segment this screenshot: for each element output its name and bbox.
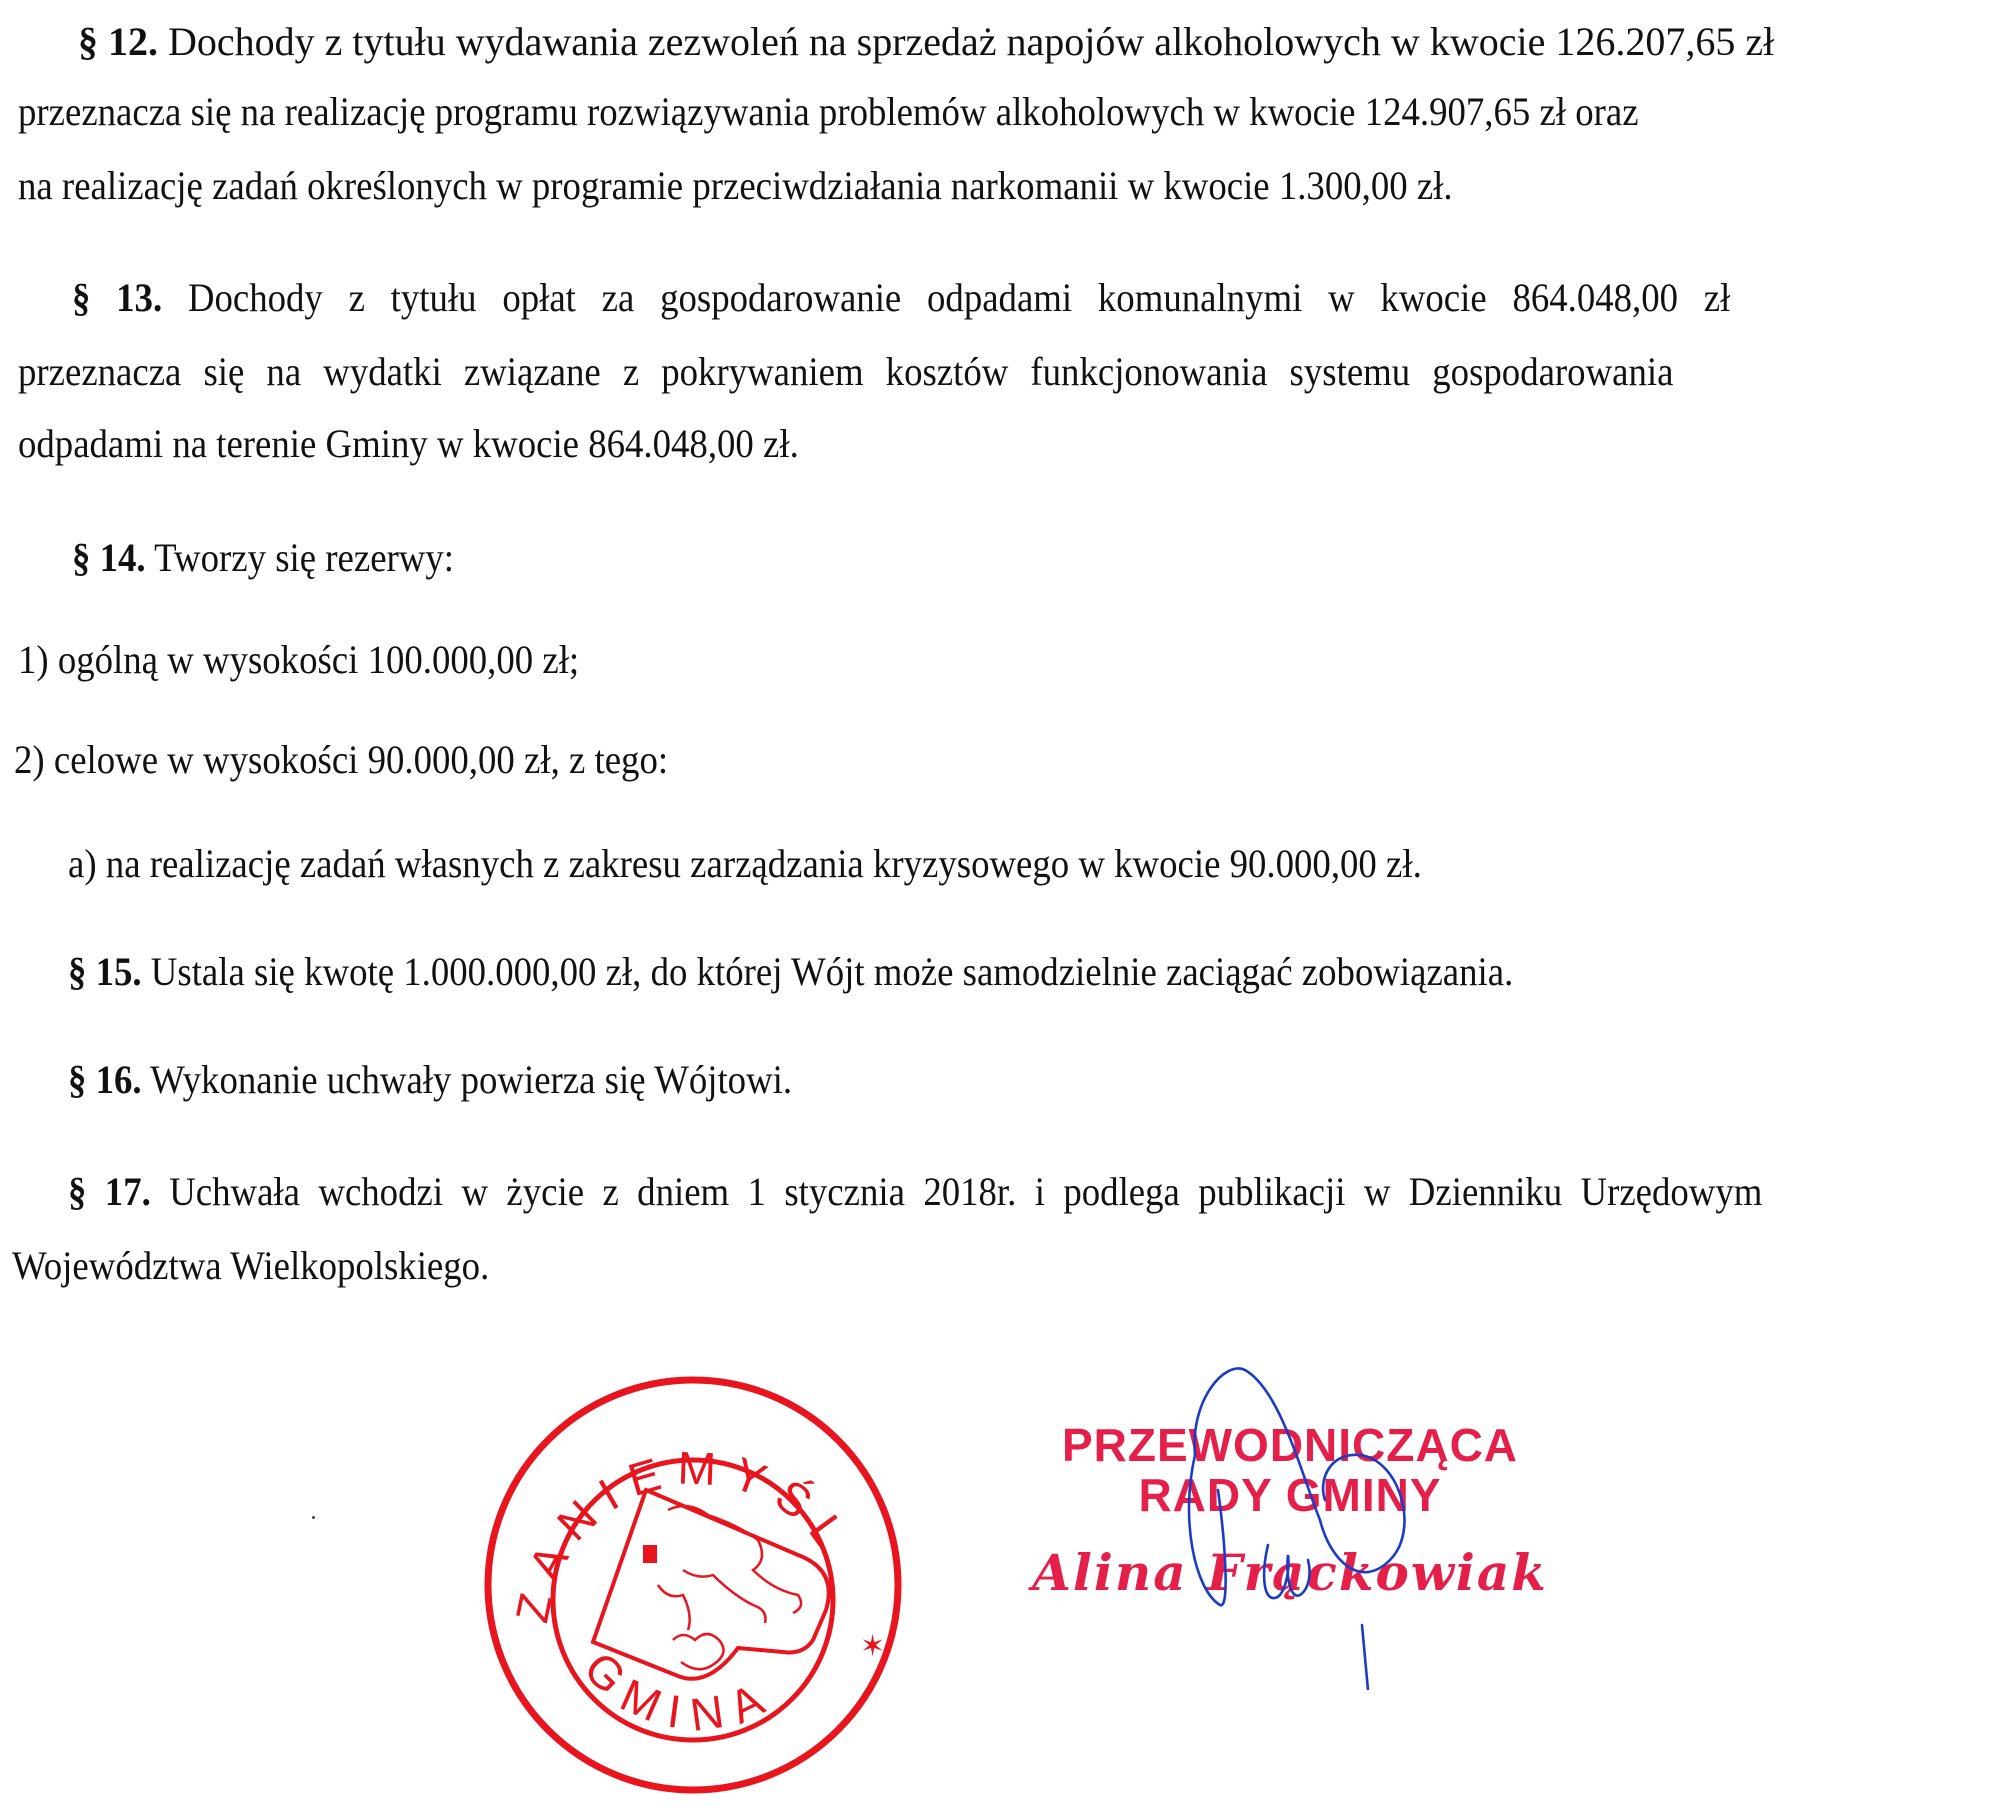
section-text: Tworzy się rezerwy: [154, 535, 454, 580]
section-17-line-1: § 17. Uchwała wchodzi w życie z dniem 1 … [68, 1168, 1762, 1216]
section-number: § 13. [72, 275, 162, 320]
section-text: Wykonanie uchwały powierza się Wójtowi. [150, 1057, 792, 1102]
section-13-line-1: § 13. Dochody z tytułu opłat za gospodar… [72, 274, 1820, 322]
section-12-line-2: przeznacza się na realizację programu ro… [18, 88, 1639, 136]
section-number: § 12. [78, 19, 158, 64]
section-13-line-2: przeznacza się na wydatki związane z pok… [18, 348, 1673, 396]
section-number: § 15. [68, 949, 142, 994]
scan-speck [312, 1516, 315, 1519]
reserve-item-1: 1) ogólną w wysokości 100.000,00 zł; [18, 636, 579, 684]
section-14-heading: § 14. Tworzy się rezerwy: [72, 534, 454, 582]
handwritten-signature [1150, 1360, 1430, 1690]
star-icon: ✶ [860, 1629, 885, 1664]
svg-text:GMINA: GMINA [574, 1642, 784, 1741]
municipal-seal: ZANIEMYŚL GMINA ✶ [478, 1370, 908, 1800]
reserve-subitem-a: a) na realizację zadań własnych z zakres… [68, 840, 1422, 888]
seal-bottom-text: GMINA [574, 1642, 784, 1741]
document-page: § 12. Dochody z tytułu wydawania zezwole… [0, 0, 1991, 1812]
section-number: § 14. [72, 535, 146, 580]
section-16: § 16. Wykonanie uchwały powierza się Wój… [68, 1056, 792, 1104]
section-text: Dochody z tytułu wydawania zezwoleń na s… [168, 19, 1774, 64]
section-13-line-3: odpadami na terenie Gminy w kwocie 864.0… [18, 420, 799, 468]
section-text: Uchwała wchodzi w życie z dniem 1 styczn… [169, 1169, 1762, 1214]
section-15: § 15. Ustala się kwotę 1.000.000,00 zł, … [68, 948, 1513, 996]
section-12-line-3: na realizację zadań określonych w progra… [18, 162, 1453, 210]
section-12-line-1: § 12. Dochody z tytułu wydawania zezwole… [78, 18, 1978, 66]
section-17-line-2: Województwa Wielkopolskiego. [12, 1242, 489, 1290]
reserve-item-2: 2) celowe w wysokości 90.000,00 zł, z te… [14, 736, 668, 784]
section-text: Dochody z tytułu opłat za gospodarowanie… [188, 275, 1730, 320]
section-number: § 16. [68, 1057, 142, 1102]
section-text: Ustala się kwotę 1.000.000,00 zł, do któ… [151, 949, 1514, 994]
section-number: § 17. [68, 1169, 151, 1214]
